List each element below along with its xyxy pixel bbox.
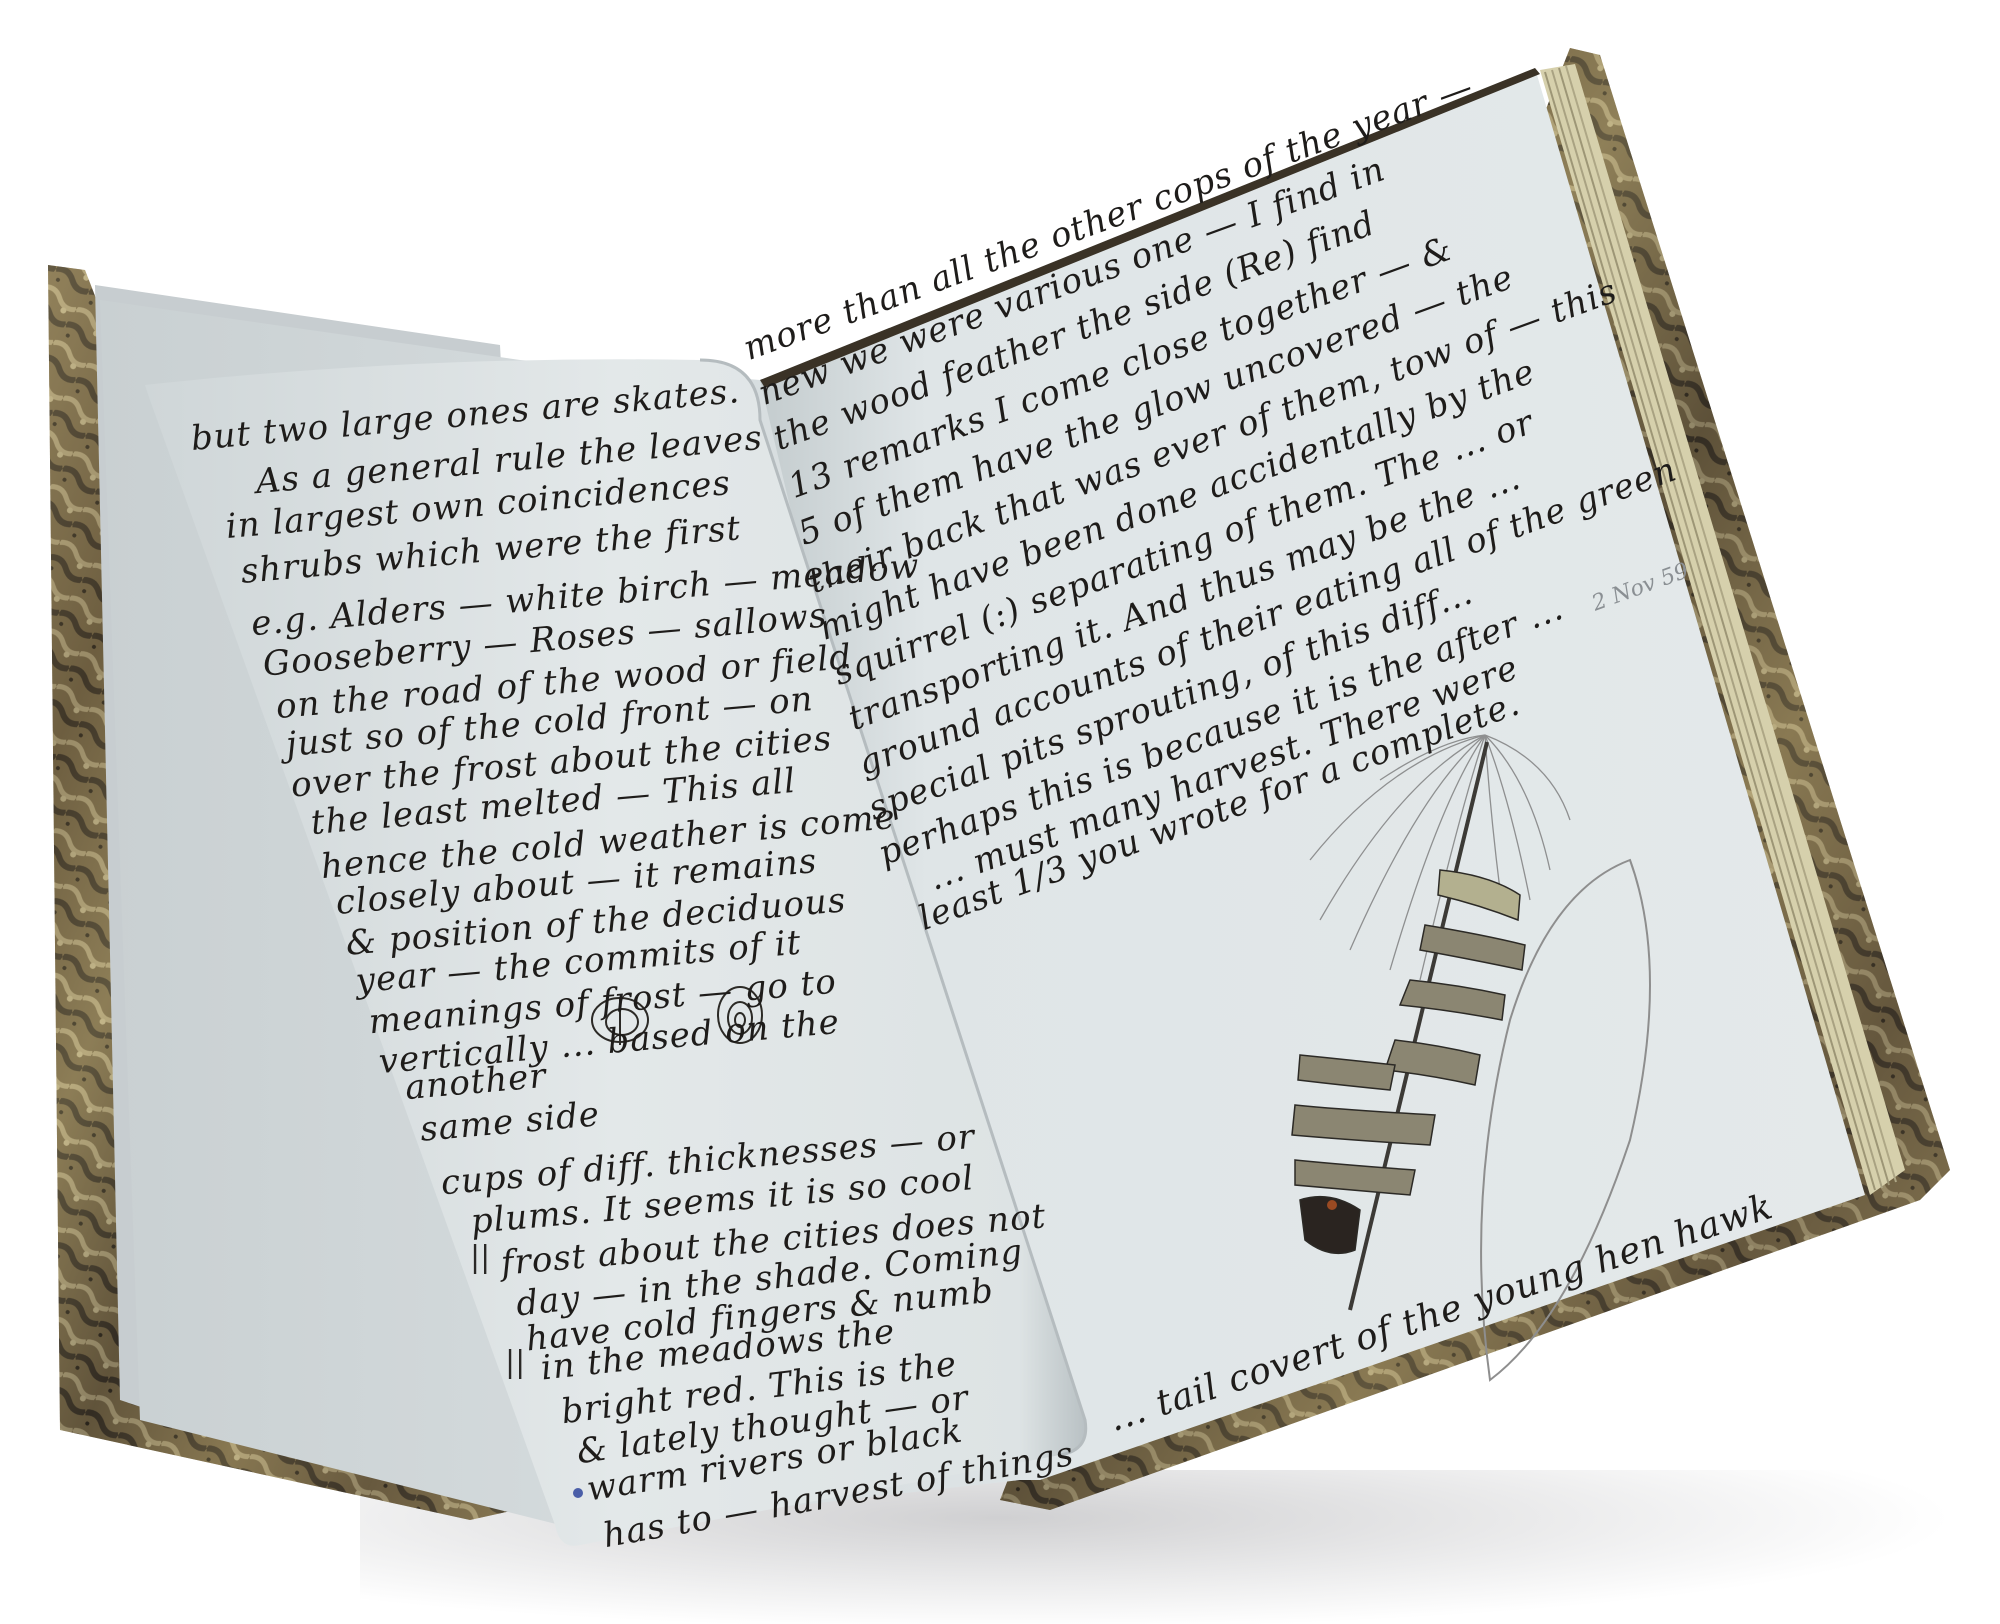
photo-stage: but two large ones are skates. As a gene… <box>0 0 2000 1624</box>
margin-mark: || <box>470 1240 490 1275</box>
margin-mark: || <box>505 1345 525 1380</box>
blue-ink-mark <box>573 1488 583 1498</box>
